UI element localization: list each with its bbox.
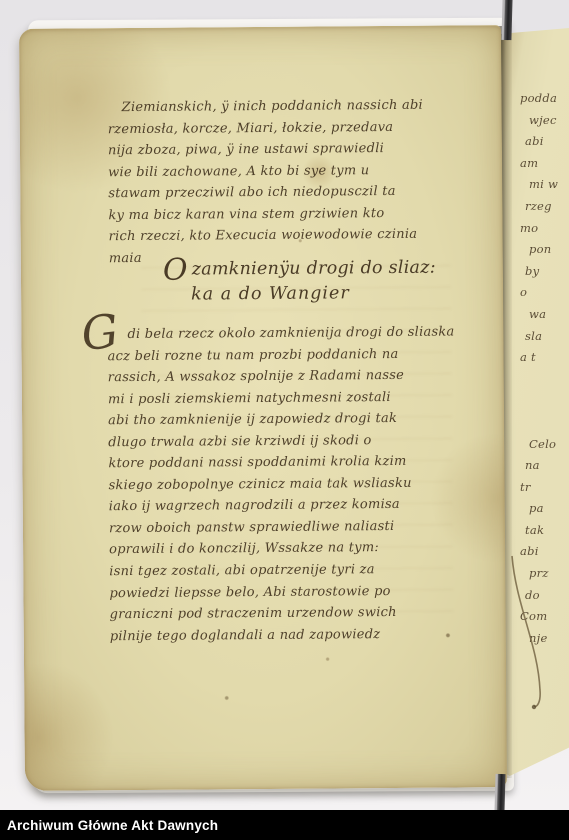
facing-page-fragment: mi w <box>529 174 569 196</box>
manuscript-text-line: pilnije tego doglandali a nad zapowiedz <box>110 623 457 647</box>
manuscript-text-line: wie bili zachowane, A kto bi sye tym u <box>108 159 423 183</box>
archive-caption-bar: Archiwum Główne Akt Dawnych <box>0 810 569 840</box>
manuscript-text-line: isni tgez zostali, abi opatrzenije tyri … <box>109 559 456 583</box>
manuscript-text-line: iako ij wagrzech nagrodzili a przez komi… <box>109 494 456 518</box>
manuscript-text-line: di bela rzecz okolo zamknienija drogi do… <box>127 321 454 345</box>
manuscript-photo: podda wjec abi am mi w rzeg mo pon by o … <box>0 0 569 840</box>
facing-page-fragment: by <box>525 261 569 283</box>
chapter-heading-line1: Ozamknienÿu drogi do sliaz: <box>163 256 436 283</box>
manuscript-text-line: oprawili i do konczilij, Wssakze na tym: <box>109 537 456 561</box>
manuscript-text-line: rassich, A wssakoz spolnije z Radami nas… <box>108 365 455 389</box>
manuscript-text-line: rzemiosła, korcze, Miari, łokzie, przeda… <box>108 116 423 140</box>
facing-page-fragment: rzeg <box>525 196 569 218</box>
manuscript-text-line: nija zboza, piwa, ÿ ine ustawi sprawiedl… <box>108 138 423 162</box>
facing-page-fragment: Celo <box>529 434 569 456</box>
book-weight-rod-bottom <box>494 774 505 812</box>
facing-page-fragment: tr <box>520 477 569 499</box>
facing-page-fragment <box>525 390 569 412</box>
manuscript-text-line: ky ma bicz karan vina stem grziwien kto <box>108 202 423 226</box>
manuscript-text-line: graniczni pod straczenim urzendow swich <box>110 602 457 626</box>
facing-page-fragment <box>520 412 569 434</box>
bookmark-thread <box>490 550 560 730</box>
facing-page-fragment: pa <box>529 498 569 520</box>
manuscript-text-line: dlugo trwala azbi sie krziwdi ij skodi o <box>108 429 455 453</box>
facing-page-fragment: am <box>520 153 569 175</box>
book-weight-rod-top <box>501 0 512 40</box>
manuscript-text-line: skiego zobopolnye czinicz maia tak wslia… <box>109 472 456 496</box>
facing-page-fragment: a t <box>520 347 569 369</box>
heading-initial: O <box>163 253 188 288</box>
manuscript-text-line: acz beli rozne tu nam prozbi poddanich n… <box>108 343 455 367</box>
facing-page-fragment <box>529 369 569 391</box>
manuscript-text-line: powiedzi liepsse belo, Abi starostowie p… <box>109 580 456 604</box>
manuscript-text-line: rzow oboich panstw sprawiedliwe naliasti <box>109 515 456 539</box>
chapter-heading: Ozamknienÿu drogi do sliaz: ka a do Wang… <box>163 256 436 308</box>
facing-page-fragment: sla <box>525 326 569 348</box>
facing-page-fragment: pon <box>529 239 569 261</box>
facing-page-fragment: tak <box>525 520 569 542</box>
facing-page-fragment: mo <box>520 218 569 240</box>
manuscript-text-line: abi tho zamknienije ij zapowiedz drogi t… <box>108 408 455 432</box>
manuscript-text-line: rich rzeczi, kto Execucia woiewodowie cz… <box>109 224 424 248</box>
facing-page-fragment: abi <box>525 131 569 153</box>
facing-page-fragment: wjec <box>529 110 569 132</box>
facing-page-fragment: o <box>520 282 569 304</box>
manuscript-page: Ziemianskich, ÿ inich poddanich nassich … <box>19 25 507 791</box>
manuscript-text-line: Ziemianskich, ÿ inich poddanich nassich … <box>122 95 423 119</box>
facing-page-fragment: na <box>525 455 569 477</box>
facing-page-fragment: wa <box>529 304 569 326</box>
paragraph-1: Ziemianskich, ÿ inich poddanich nassich … <box>108 95 425 270</box>
manuscript-text-line: mi i posli ziemskiemi natychmesni zostal… <box>108 386 455 410</box>
archive-name-label: Archiwum Główne Akt Dawnych <box>0 818 218 833</box>
manuscript-text-line: stawam przecziwil abo ich niedopusczil t… <box>108 181 423 205</box>
paragraph-2: di bela rzecz okolo zamknienija drogi do… <box>107 321 457 647</box>
chapter-heading-line2: ka a do Wangier <box>191 281 436 308</box>
manuscript-text-line: ktore poddani nassi spoddanimi krolia kz… <box>108 451 455 475</box>
facing-page-fragment: podda <box>520 88 569 110</box>
